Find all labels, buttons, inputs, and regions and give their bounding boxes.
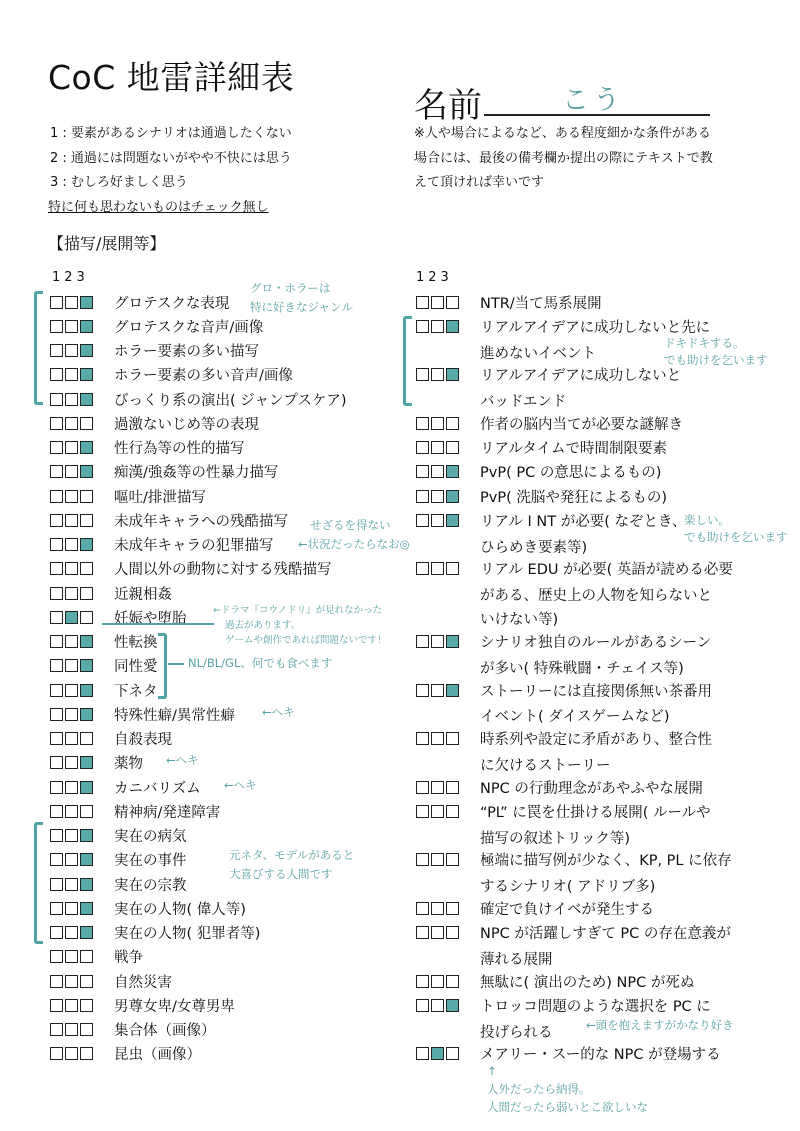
item-label: 薬物 <box>114 752 143 773</box>
checkbox-1[interactable] <box>50 611 63 624</box>
rating-checkboxes <box>50 732 100 745</box>
checkbox-2[interactable] <box>65 538 78 551</box>
checkbox-1[interactable] <box>416 417 429 430</box>
checkbox-3[interactable] <box>80 393 93 406</box>
checkbox-3[interactable] <box>446 635 459 648</box>
legend-line-2: 2 : 通過には問題ないがやや不快には思う <box>50 147 292 172</box>
checkbox-2[interactable] <box>65 756 78 769</box>
checkbox-3[interactable] <box>80 514 93 527</box>
checkbox-2[interactable] <box>65 732 78 745</box>
checkbox-2[interactable] <box>65 611 78 624</box>
checklist-row: 実在の事件 <box>50 848 187 872</box>
checkbox-1[interactable] <box>50 562 63 575</box>
annotation-pregnancy: ←ドラマ『コウノドリ』が見れなかった 過去があります。 ゲームや創作であれば問題… <box>213 603 387 648</box>
item-label: 性行為等の性的描写 <box>114 437 245 458</box>
rating-checkboxes <box>416 732 466 745</box>
checkbox-1[interactable] <box>50 684 63 697</box>
checkbox-3[interactable] <box>446 926 459 939</box>
item-label: 昆虫（画像） <box>114 1043 201 1064</box>
checkbox-3[interactable] <box>80 562 93 575</box>
checkbox-3[interactable] <box>80 296 93 309</box>
rating-checkboxes <box>416 514 466 527</box>
checkbox-1[interactable] <box>50 829 63 842</box>
checklist-row: 過激ないじめ等の表現 <box>50 411 259 435</box>
bracket-gender-tick <box>168 663 184 665</box>
checklist-row: びっくり系の演出( ジャンプスケア) <box>50 387 347 411</box>
checkbox-3[interactable] <box>446 562 459 575</box>
item-label-continued: が多い( 特殊戦闘・チェイス等) <box>480 657 684 678</box>
checkbox-2[interactable] <box>65 708 78 721</box>
checkbox-3[interactable] <box>446 441 459 454</box>
checkbox-2[interactable] <box>431 805 444 818</box>
item-label-continued: するシナリオ( アドリブ多) <box>480 875 655 896</box>
checkbox-1[interactable] <box>416 562 429 575</box>
note-line-2: 場合には、最後の備考欄か提出の際にテキストで教 <box>414 147 713 172</box>
checkbox-1[interactable] <box>50 902 63 915</box>
checkbox-1[interactable] <box>416 441 429 454</box>
rating-checkboxes <box>416 902 466 915</box>
checkbox-2[interactable] <box>65 1047 78 1060</box>
checkbox-1[interactable] <box>50 320 63 333</box>
checkbox-2[interactable] <box>431 975 444 988</box>
rating-checkboxes <box>50 587 100 600</box>
rating-checkboxes <box>50 781 100 794</box>
item-label-continued: 進めないイベント <box>480 342 596 363</box>
checkbox-1[interactable] <box>416 635 429 648</box>
checkbox-2[interactable] <box>431 562 444 575</box>
checkbox-2[interactable] <box>431 368 444 381</box>
checkbox-3[interactable] <box>80 999 93 1012</box>
item-label: 自然災害 <box>114 971 172 992</box>
checklist-row: NTR/当て馬系展開 <box>416 290 602 314</box>
checklist-row: ストーリーには直接関係無い茶番用 <box>416 678 712 702</box>
annotation-nlblgl: NL/BL/GL、何でも食べます <box>188 654 332 673</box>
item-label: 作者の脳内当てが必要な謎解き <box>480 413 683 434</box>
checkbox-2[interactable] <box>65 344 78 357</box>
checkbox-1[interactable] <box>50 708 63 721</box>
section-title: 【描写/展開等】 <box>48 231 165 254</box>
name-value[interactable]: こう <box>562 78 624 117</box>
item-label: 精神病/発達障害 <box>114 801 220 822</box>
checkbox-3[interactable] <box>80 368 93 381</box>
checklist-row: 妊娠や堕胎 <box>50 605 187 629</box>
checkbox-2[interactable] <box>65 514 78 527</box>
checkbox-3[interactable] <box>446 514 459 527</box>
item-label: 下ネタ <box>114 680 158 701</box>
rating-checkboxes <box>50 538 100 551</box>
checkbox-1[interactable] <box>50 490 63 503</box>
checkbox-3[interactable] <box>446 1047 459 1060</box>
checkbox-1[interactable] <box>50 368 63 381</box>
checkbox-3[interactable] <box>446 975 459 988</box>
instruction-note: ※人や場合によるなど、ある程度細かな条件がある 場合には、最後の備考欄か提出の際… <box>414 122 713 196</box>
checklist-row: 近親相姦 <box>50 581 172 605</box>
checkbox-3[interactable] <box>80 975 93 988</box>
rating-checkboxes <box>50 878 100 891</box>
legend-line-4: 特に何も思わないものはチェック無し <box>48 196 292 221</box>
annotation-heki-3: ←ヘキ <box>224 776 257 795</box>
checkbox-1[interactable] <box>50 975 63 988</box>
checkbox-2[interactable] <box>65 417 78 430</box>
checklist-row: ホラー要素の多い描写 <box>50 339 259 363</box>
checklist-row: 戦争 <box>50 945 143 969</box>
item-label-continued: がある、歴史上の人物を知らないと <box>480 584 712 605</box>
item-label-continued: 投げられる <box>480 1021 553 1042</box>
rating-checkboxes <box>50 902 100 915</box>
checkbox-1[interactable] <box>416 514 429 527</box>
item-label: 過激ないじめ等の表現 <box>114 413 259 434</box>
checkbox-2[interactable] <box>65 805 78 818</box>
checkbox-1[interactable] <box>50 878 63 891</box>
checkbox-2[interactable] <box>65 902 78 915</box>
rating-checkboxes <box>50 708 100 721</box>
checkbox-3[interactable] <box>446 490 459 503</box>
checkbox-3[interactable] <box>80 708 93 721</box>
checkbox-2[interactable] <box>65 368 78 381</box>
checkbox-2[interactable] <box>431 926 444 939</box>
checkbox-1[interactable] <box>50 732 63 745</box>
checklist-row: 実在の人物( 偉人等) <box>50 896 246 920</box>
checklist-row: カニバリズム <box>50 775 201 799</box>
rating-checkboxes <box>50 490 100 503</box>
annotation-minor-1: せざるを得ない <box>310 516 391 535</box>
checkbox-2[interactable] <box>65 975 78 988</box>
checkbox-1[interactable] <box>416 320 429 333</box>
checkbox-2[interactable] <box>65 684 78 697</box>
checklist-row: 自然災害 <box>50 969 172 993</box>
checkbox-1[interactable] <box>416 490 429 503</box>
item-label: 無駄に( 演出のため) NPC が死ぬ <box>480 971 694 992</box>
checkbox-3[interactable] <box>446 732 459 745</box>
checkbox-2[interactable] <box>431 853 444 866</box>
checklist-row: グロテスクな表現 <box>50 290 229 314</box>
checkbox-3[interactable] <box>80 344 93 357</box>
checkbox-1[interactable] <box>50 441 63 454</box>
checkbox-2[interactable] <box>431 732 444 745</box>
rating-checkboxes <box>50 635 100 648</box>
checkbox-2[interactable] <box>65 950 78 963</box>
item-label: 自殺表現 <box>114 728 172 749</box>
checkbox-3[interactable] <box>80 878 93 891</box>
checklist-row: リアル I NT が必要( なぞとき、 <box>416 508 686 532</box>
checklist-row: 薬物 <box>50 751 143 775</box>
checkbox-2[interactable] <box>431 1047 444 1060</box>
checkbox-2[interactable] <box>431 635 444 648</box>
checklist-row: 同性愛 <box>50 654 158 678</box>
checkbox-3[interactable] <box>80 1023 93 1036</box>
item-label: NTR/当て馬系展開 <box>480 292 602 313</box>
checkbox-1[interactable] <box>50 417 63 430</box>
pregnancy-underline <box>102 623 214 625</box>
rating-checkboxes <box>416 684 466 697</box>
checkbox-1[interactable] <box>416 975 429 988</box>
checklist-row: 実在の宗教 <box>50 872 187 896</box>
checkbox-3[interactable] <box>446 684 459 697</box>
rating-checkboxes <box>50 562 100 575</box>
item-label-continued: いけない等) <box>480 608 558 629</box>
checklist-row: 未成年キャラへの残酷描写 <box>50 508 288 532</box>
checkbox-2[interactable] <box>431 781 444 794</box>
checkbox-3[interactable] <box>80 805 93 818</box>
checkbox-3[interactable] <box>446 805 459 818</box>
annotation-heki-2: ←ヘキ <box>166 751 199 770</box>
rating-checkboxes <box>50 368 100 381</box>
checkbox-3[interactable] <box>80 950 93 963</box>
bracket-gender <box>158 633 167 699</box>
checkbox-1[interactable] <box>50 1023 63 1036</box>
item-label-continued: ひらめき要素等) <box>480 536 587 557</box>
checkbox-3[interactable] <box>80 1047 93 1060</box>
page-title: CoC 地雷詳細表 <box>48 52 294 99</box>
item-label: グロテスクな音声/画像 <box>114 316 263 337</box>
checkbox-3[interactable] <box>80 587 93 600</box>
checkbox-3[interactable] <box>446 902 459 915</box>
rating-checkboxes <box>416 368 466 381</box>
checkbox-3[interactable] <box>446 417 459 430</box>
checkbox-2[interactable] <box>65 490 78 503</box>
item-label-continued: 描写の叙述トリック等) <box>480 827 630 848</box>
item-label: 戦争 <box>114 946 143 967</box>
checkbox-1[interactable] <box>50 514 63 527</box>
item-label: リアル EDU が必要( 英語が読める必要 <box>480 558 733 579</box>
checkbox-2[interactable] <box>65 635 78 648</box>
checkbox-3[interactable] <box>446 320 459 333</box>
checkbox-2[interactable] <box>431 320 444 333</box>
rating-checkboxes <box>50 1023 100 1036</box>
rating-checkboxes <box>50 756 100 769</box>
checklist-row: シナリオ独自のルールがあるシーン <box>416 630 711 654</box>
checkbox-2[interactable] <box>431 514 444 527</box>
checkbox-3[interactable] <box>80 465 93 478</box>
rating-checkboxes <box>50 659 100 672</box>
checkbox-1[interactable] <box>50 950 63 963</box>
item-label: 極端に描写例が少なく、KP, PL に依存 <box>480 849 732 870</box>
checklist-row: 自殺表現 <box>50 727 172 751</box>
checkbox-3[interactable] <box>80 732 93 745</box>
item-label-continued: に欠けるストーリー <box>480 754 611 775</box>
checklist-row: 性行為等の性的描写 <box>50 436 245 460</box>
checkbox-3[interactable] <box>80 538 93 551</box>
rating-checkboxes <box>416 296 466 309</box>
checkbox-3[interactable] <box>80 756 93 769</box>
checklist-row: リアル EDU が必要( 英語が読める必要 <box>416 557 733 581</box>
checklist-row: 下ネタ <box>50 678 158 702</box>
checklist-row: トロッコ問題のような選択を PC に <box>416 993 711 1017</box>
checkbox-1[interactable] <box>416 684 429 697</box>
rating-checkboxes <box>416 562 466 575</box>
checkbox-2[interactable] <box>65 465 78 478</box>
rating-checkboxes <box>416 465 466 478</box>
checkbox-1[interactable] <box>416 732 429 745</box>
item-label-continued: バッドエンド <box>480 390 566 411</box>
checkbox-3[interactable] <box>446 781 459 794</box>
checkbox-2[interactable] <box>431 902 444 915</box>
checkbox-2[interactable] <box>65 829 78 842</box>
rating-checkboxes <box>416 926 466 939</box>
checkbox-2[interactable] <box>431 465 444 478</box>
item-label: ホラー要素の多い音声/画像 <box>114 364 293 385</box>
checklist-row: NPC の行動理念があやふやな展開 <box>416 775 703 799</box>
checkbox-1[interactable] <box>416 1047 429 1060</box>
checkbox-1[interactable] <box>416 296 429 309</box>
checkbox-1[interactable] <box>50 805 63 818</box>
item-label: ストーリーには直接関係無い茶番用 <box>480 680 712 701</box>
checkbox-1[interactable] <box>416 805 429 818</box>
rating-checkboxes <box>50 853 100 866</box>
checklist-row: 男尊女卑/女尊男卑 <box>50 993 235 1017</box>
item-label: 未成年キャラの犯罪描写 <box>114 534 274 555</box>
checkbox-1[interactable] <box>416 999 429 1012</box>
checkbox-1[interactable] <box>416 781 429 794</box>
checkbox-3[interactable] <box>80 490 93 503</box>
checkbox-1[interactable] <box>50 538 63 551</box>
rating-checkboxes <box>50 417 100 430</box>
rating-checkboxes <box>416 781 466 794</box>
item-label: 実在の人物( 犯罪者等) <box>114 922 260 943</box>
checkbox-2[interactable] <box>65 587 78 600</box>
checkbox-2[interactable] <box>431 296 444 309</box>
annotation-minor-2: ←状況だったらなお◎ <box>298 535 410 554</box>
checkbox-1[interactable] <box>50 1047 63 1060</box>
legend: 1 : 要素があるシナリオは通過したくない 2 : 通過には問題ないがやや不快に… <box>50 122 292 220</box>
annotation-grotesque: グロ・ホラーは 特に好きなジャンル <box>250 279 353 317</box>
checkbox-2[interactable] <box>65 296 78 309</box>
rating-checkboxes <box>50 975 100 988</box>
checkbox-3[interactable] <box>80 853 93 866</box>
checkbox-2[interactable] <box>65 562 78 575</box>
checkbox-1[interactable] <box>50 344 63 357</box>
item-label: 実在の人物( 偉人等) <box>114 898 246 919</box>
checklist-row: PvP( 洗脳や発狂によるもの) <box>416 484 667 508</box>
checkbox-1[interactable] <box>416 853 429 866</box>
checkbox-1[interactable] <box>50 756 63 769</box>
rating-checkboxes <box>50 805 100 818</box>
checkbox-3[interactable] <box>446 465 459 478</box>
checkbox-2[interactable] <box>431 999 444 1012</box>
checkbox-3[interactable] <box>80 659 93 672</box>
checkbox-3[interactable] <box>446 368 459 381</box>
note-line-3: えて頂ければ幸いです <box>414 171 713 196</box>
item-label: NPC が活躍しすぎて PC の存在意義が <box>480 922 731 943</box>
checkbox-1[interactable] <box>50 926 63 939</box>
checkbox-2[interactable] <box>65 320 78 333</box>
item-label: シナリオ独自のルールがあるシーン <box>480 631 711 652</box>
checkbox-3[interactable] <box>80 684 93 697</box>
item-label: 実在の宗教 <box>114 874 187 895</box>
checkbox-1[interactable] <box>416 465 429 478</box>
rating-checkboxes <box>50 465 100 478</box>
legend-line-3: 3 : むしろ好ましく思う <box>50 171 292 196</box>
checkbox-3[interactable] <box>80 320 93 333</box>
checklist-row: リアルアイデアに成功しないと <box>416 363 681 387</box>
checkbox-2[interactable] <box>65 878 78 891</box>
item-label: 特殊性癖/異常性癖 <box>114 704 235 725</box>
item-label: 人間以外の動物に対する残酷描写 <box>114 558 332 579</box>
checkbox-2[interactable] <box>431 417 444 430</box>
checkbox-2[interactable] <box>431 684 444 697</box>
checklist-row: ホラー要素の多い音声/画像 <box>50 363 293 387</box>
checkbox-1[interactable] <box>50 587 63 600</box>
rating-checkboxes <box>50 1047 100 1060</box>
rating-checkboxes <box>50 829 100 842</box>
checkbox-3[interactable] <box>80 829 93 842</box>
checkbox-2[interactable] <box>65 659 78 672</box>
checkbox-3[interactable] <box>80 926 93 939</box>
item-label: 時系列や設定に矛盾があり、整合性 <box>480 728 712 749</box>
checklist-row: 精神病/発達障害 <box>50 799 220 823</box>
checkbox-3[interactable] <box>446 999 459 1012</box>
checkbox-2[interactable] <box>431 441 444 454</box>
checklist-row: 人間以外の動物に対する残酷描写 <box>50 557 332 581</box>
checklist-row: 極端に描写例が少なく、KP, PL に依存 <box>416 848 732 872</box>
checkbox-3[interactable] <box>446 296 459 309</box>
checkbox-1[interactable] <box>50 465 63 478</box>
rating-checkboxes <box>50 441 100 454</box>
checkbox-1[interactable] <box>50 659 63 672</box>
annotation-trolley: ←頭を抱えますがかなり好き <box>586 1016 734 1035</box>
checklist-row: 昆虫（画像） <box>50 1042 201 1066</box>
checkbox-1[interactable] <box>50 296 63 309</box>
rating-checkboxes <box>50 950 100 963</box>
rating-checkboxes <box>50 344 100 357</box>
checklist-row: 性転換 <box>50 630 158 654</box>
checklist-row: 実在の病気 <box>50 824 187 848</box>
rating-checkboxes <box>50 320 100 333</box>
checkbox-3[interactable] <box>80 441 93 454</box>
checkbox-2[interactable] <box>65 926 78 939</box>
rating-checkboxes <box>416 1047 466 1060</box>
checkbox-2[interactable] <box>431 490 444 503</box>
checkbox-1[interactable] <box>50 635 63 648</box>
item-label: 近親相姦 <box>114 583 172 604</box>
item-label: 性転換 <box>114 631 158 652</box>
rating-checkboxes <box>416 635 466 648</box>
checkbox-2[interactable] <box>65 393 78 406</box>
annotation-mary: ↑ 人外だったら納得。 人間だったら弱いとこ欲しいな <box>487 1062 648 1116</box>
checklist-row: グロテスクな音声/画像 <box>50 314 263 338</box>
bracket-idea <box>403 316 412 406</box>
checkbox-2[interactable] <box>65 441 78 454</box>
checkbox-1[interactable] <box>416 902 429 915</box>
annotation-idea: ドキドキする。 でも助けを乞います <box>664 335 768 369</box>
checkbox-2[interactable] <box>65 1023 78 1036</box>
checkbox-3[interactable] <box>80 781 93 794</box>
annotation-int: 楽しい。 でも助けを乞います <box>684 512 788 546</box>
checkbox-3[interactable] <box>80 611 93 624</box>
checklist-row: 無駄に( 演出のため) NPC が死ぬ <box>416 969 694 993</box>
checklist-row: 未成年キャラの犯罪描写 <box>50 533 274 557</box>
checkbox-1[interactable] <box>416 368 429 381</box>
item-label: 確定で負けイベが発生する <box>480 898 654 919</box>
checkbox-1[interactable] <box>50 999 63 1012</box>
item-label: PvP( PC の意思によるもの) <box>480 461 661 482</box>
checkbox-1[interactable] <box>50 393 63 406</box>
item-label: 実在の事件 <box>114 849 187 870</box>
checkbox-2[interactable] <box>65 853 78 866</box>
checkbox-1[interactable] <box>50 781 63 794</box>
checkbox-3[interactable] <box>446 853 459 866</box>
rating-checkboxes <box>50 514 100 527</box>
checkbox-3[interactable] <box>80 635 93 648</box>
checklist-row: 痴漢/強姦等の性暴力描写 <box>50 460 278 484</box>
checkbox-1[interactable] <box>416 926 429 939</box>
checkbox-1[interactable] <box>50 853 63 866</box>
checkbox-2[interactable] <box>65 999 78 1012</box>
checklist-row: 特殊性癖/異常性癖 <box>50 702 235 726</box>
checkbox-3[interactable] <box>80 417 93 430</box>
checkbox-2[interactable] <box>65 781 78 794</box>
checkbox-3[interactable] <box>80 902 93 915</box>
